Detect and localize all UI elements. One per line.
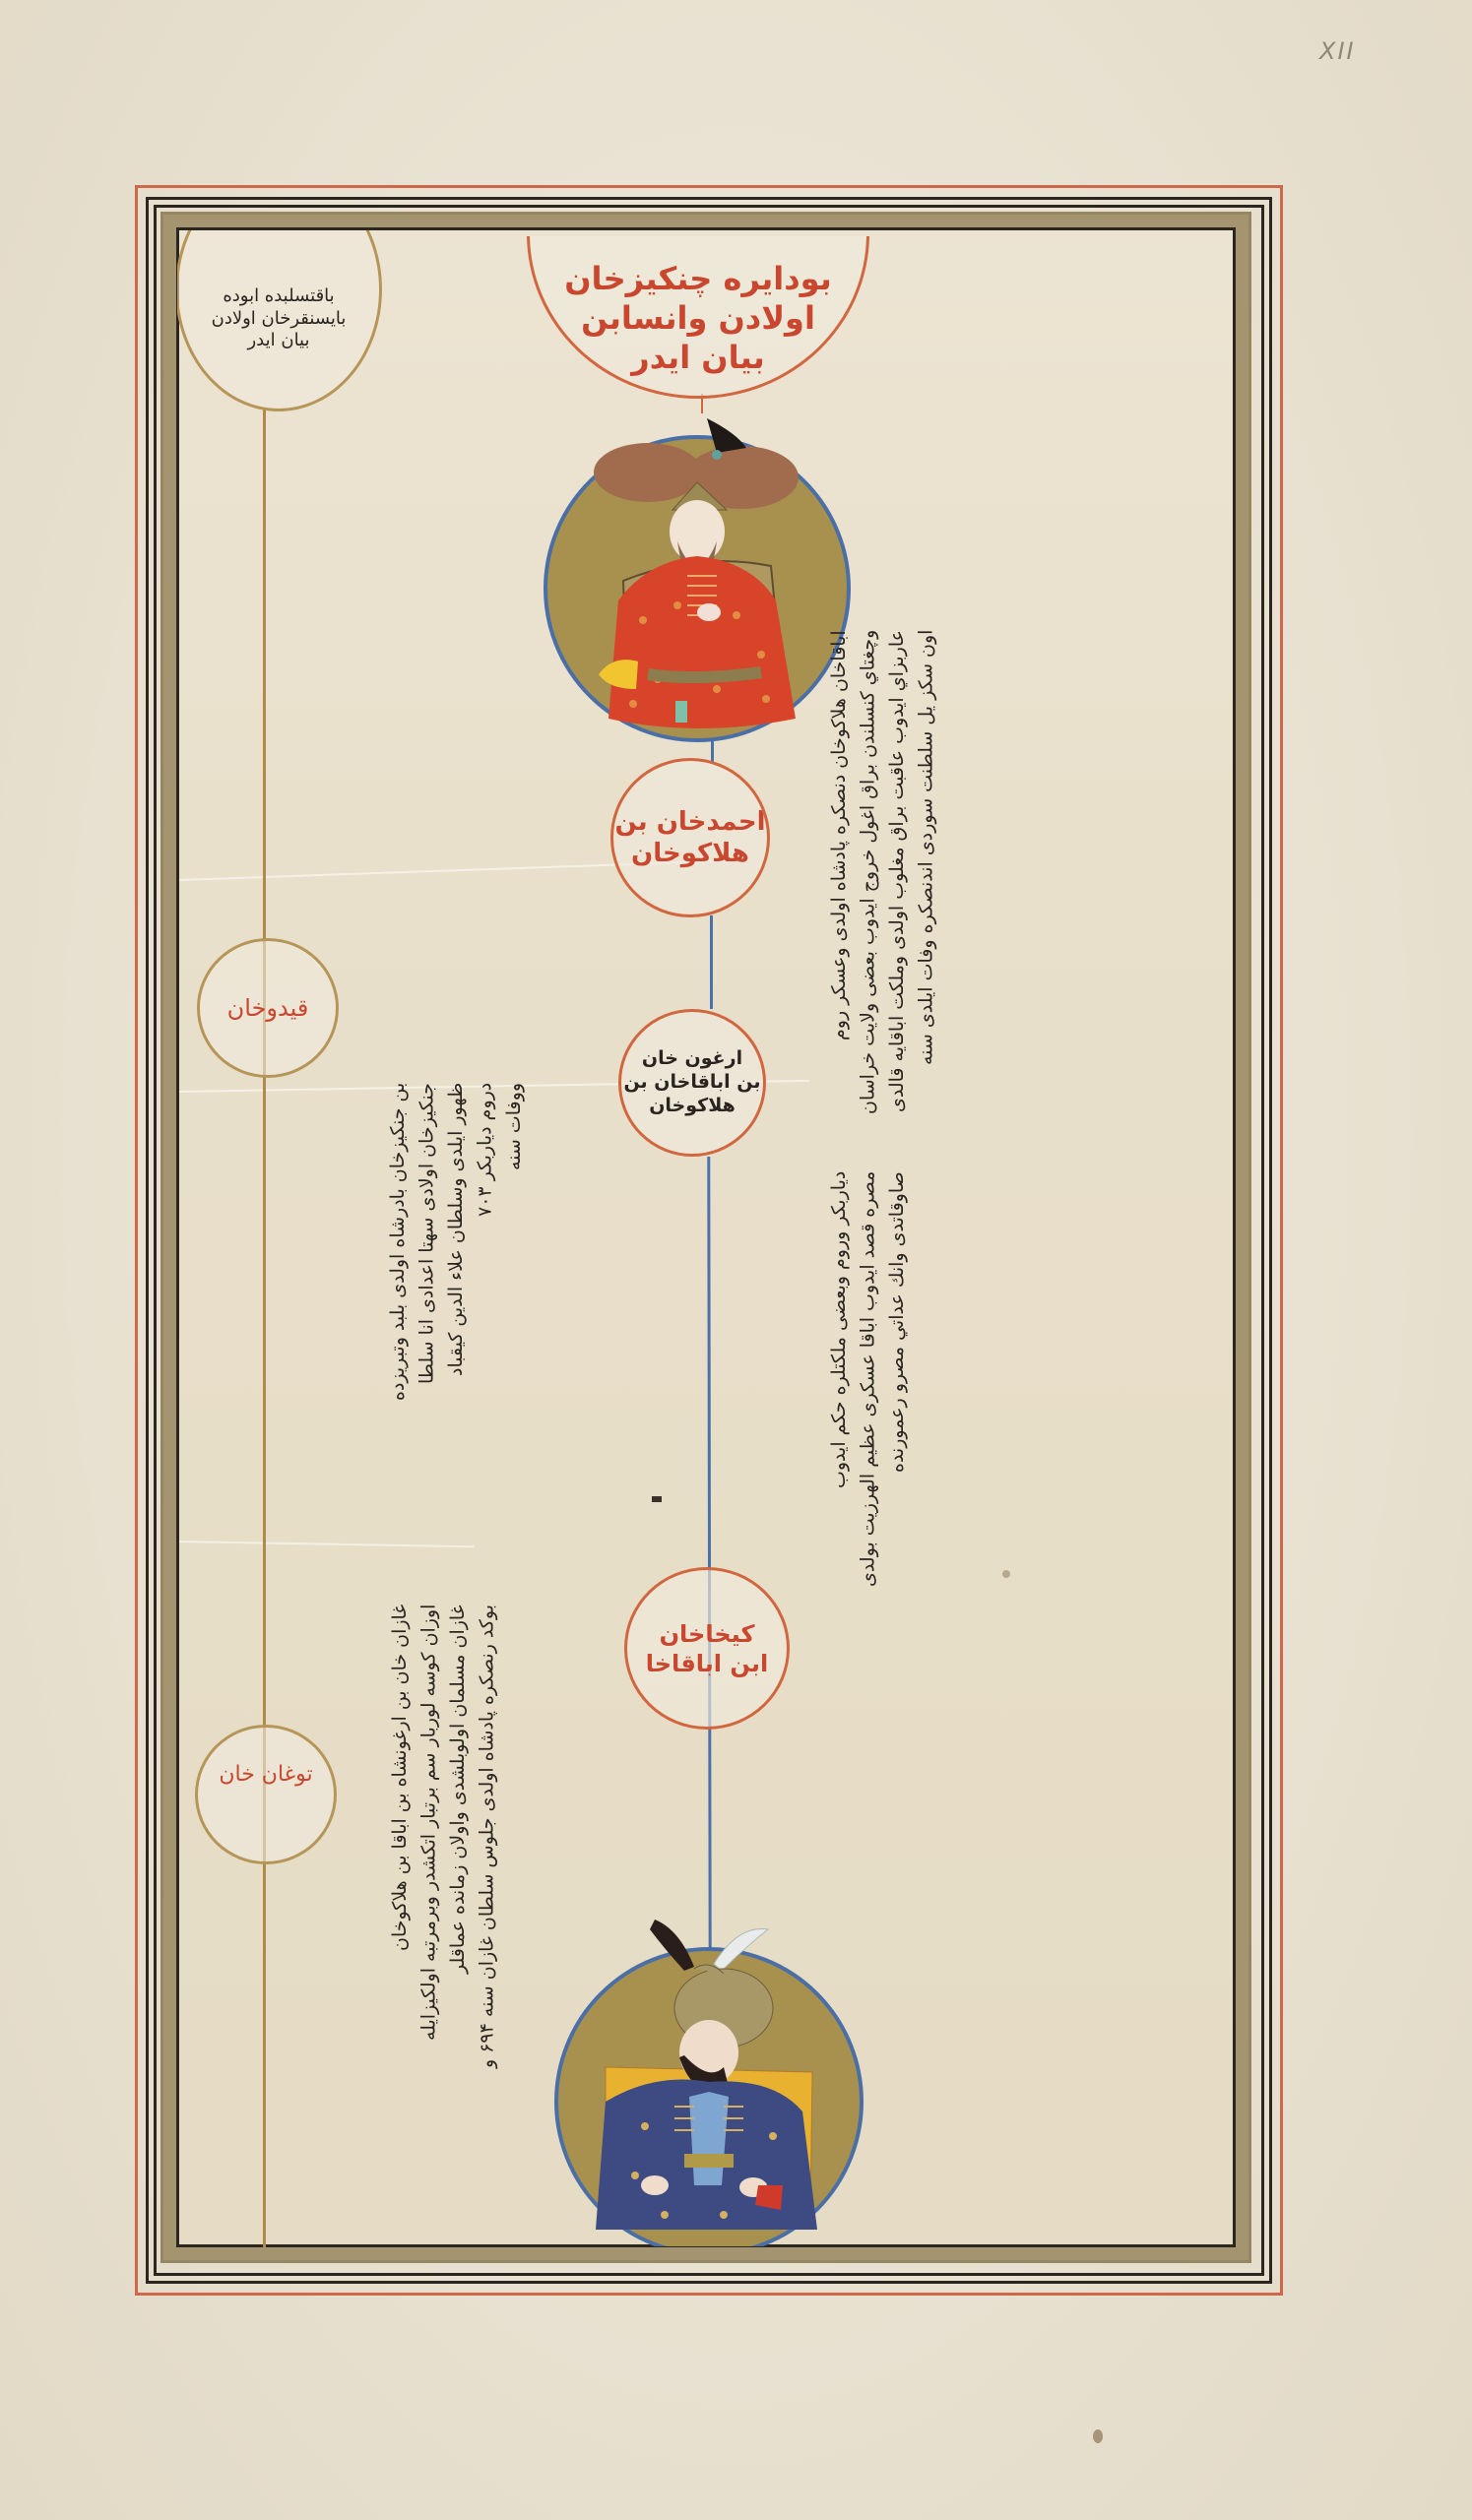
text-line: جنكيزخان اولادى سهتا اعدادى انا سلطا: [413, 1083, 441, 1614]
header-roundel-center-clip: بودايره چنكيزخان اولادن وانسابن بيان ايد…: [512, 236, 886, 402]
roundel-text-line: هلاكوخان: [623, 1095, 760, 1118]
text-line: دروم دياربكر ٧٠٣: [471, 1083, 499, 1614]
side-lineage-line: [263, 409, 266, 2247]
ruler-portrait-icon: [546, 1890, 871, 2254]
text-line: اوزان كوسه لوربار سم برتبار اتكشدر وبرمر…: [415, 1605, 443, 2107]
roundel-text-line: هلاكوخان: [614, 838, 765, 870]
stain: [652, 1496, 662, 1502]
roundel-arghun: ارغون خان بن اباقاخان بن هلاكوخان: [618, 1009, 766, 1157]
roundel-toghan: توغان خان: [195, 1725, 337, 1864]
text-ghazan-block-upper: بن جنكيزخان بادرشاه اولدى بلبد وتبريزده …: [384, 1083, 529, 1614]
text-line: صاوقاتدى وانك عداتي مصرو رعمورنده: [883, 1171, 912, 1585]
text-line: ووفات سنه: [500, 1083, 529, 1614]
header-roundel-center: بودايره چنكيزخان اولادن وانسابن بيان ايد…: [527, 236, 869, 399]
text-line: غازان خان بن ارغونشاه بن اباقا بن هلاكوخ…: [386, 1605, 415, 2107]
text-line: بوكد رنصكره پادشاه اولدى جلوس سلطان غازا…: [473, 1605, 501, 2107]
stain: [1093, 2429, 1103, 2443]
text-line: اون سكز يل سلطنت سوردى اندنصكره وفات ايل…: [912, 630, 940, 1270]
stain: [1002, 1570, 1010, 1578]
roundel-text-line: اولادن وانسابن: [564, 298, 832, 338]
roundel-text-line: قيدوخان: [227, 993, 309, 1023]
roundel-text-line: احمدخان بن: [614, 806, 765, 839]
roundel-text-line: توغان خان: [219, 1761, 312, 1789]
header-roundel-left-clip: باقتسلبده ابوده بايسنقرخان اولادن بيان ا…: [177, 230, 394, 412]
roundel-qaydu: قيدوخان: [197, 938, 339, 1078]
roundel-ahmad: احمدخان بن هلاكوخان: [610, 758, 770, 917]
portrait-ghazan: [546, 1890, 871, 2254]
ruler-portrait-icon: [540, 394, 855, 748]
roundel-text-line: بيان ايدر: [564, 338, 832, 377]
text-line: ظهور ايلدى وسلطان علاء الدين كيقباد: [442, 1083, 471, 1614]
roundel-text-line: باقتسلبده ابوده: [212, 285, 347, 308]
roundel-text-line: كيخاخان: [646, 1619, 768, 1649]
header-roundel-left: باقتسلبده ابوده بايسنقرخان اولادن بيان ا…: [177, 230, 382, 411]
folio-number: XII: [1319, 37, 1356, 65]
roundel-text-line: بايسنقرخان اولادن: [212, 308, 347, 331]
roundel-text-line: ارغون خان: [623, 1047, 760, 1071]
text-ghazan-block-lower: غازان خان بن ارغونشاه بن اباقا بن هلاكوخ…: [386, 1605, 502, 2107]
text-abaqa-block-cont: دياربكر وروم وبعضى ملكتلره حكم ايدوب مصر…: [825, 1171, 912, 1585]
text-line: بن جنكيزخان بادرشاه اولدى بلبد وتبريزده: [384, 1083, 413, 1614]
roundel-text-line: بن اباقاخان بن: [623, 1071, 760, 1095]
text-line: دياربكر وروم وبعضى ملكتلره حكم ايدوب: [825, 1171, 854, 1585]
roundel-text-line: بيان ايدر: [212, 330, 347, 352]
portrait-abaqa: [540, 394, 855, 748]
roundel-gaykhatu: كيخاخان ابن اباقاخا: [624, 1567, 790, 1730]
roundel-text-line: بودايره چنكيزخان: [564, 259, 832, 298]
text-line: مصره قصد ايدوب اباقا عسكرى عظيم الهرزيت …: [854, 1171, 882, 1585]
roundel-text-line: ابن اباقاخا: [646, 1649, 768, 1678]
main-lineage-line-seg2: [710, 915, 713, 1009]
text-line: غازان مسلمان اولوبلشدى واولان زمانده عما…: [444, 1605, 473, 2107]
